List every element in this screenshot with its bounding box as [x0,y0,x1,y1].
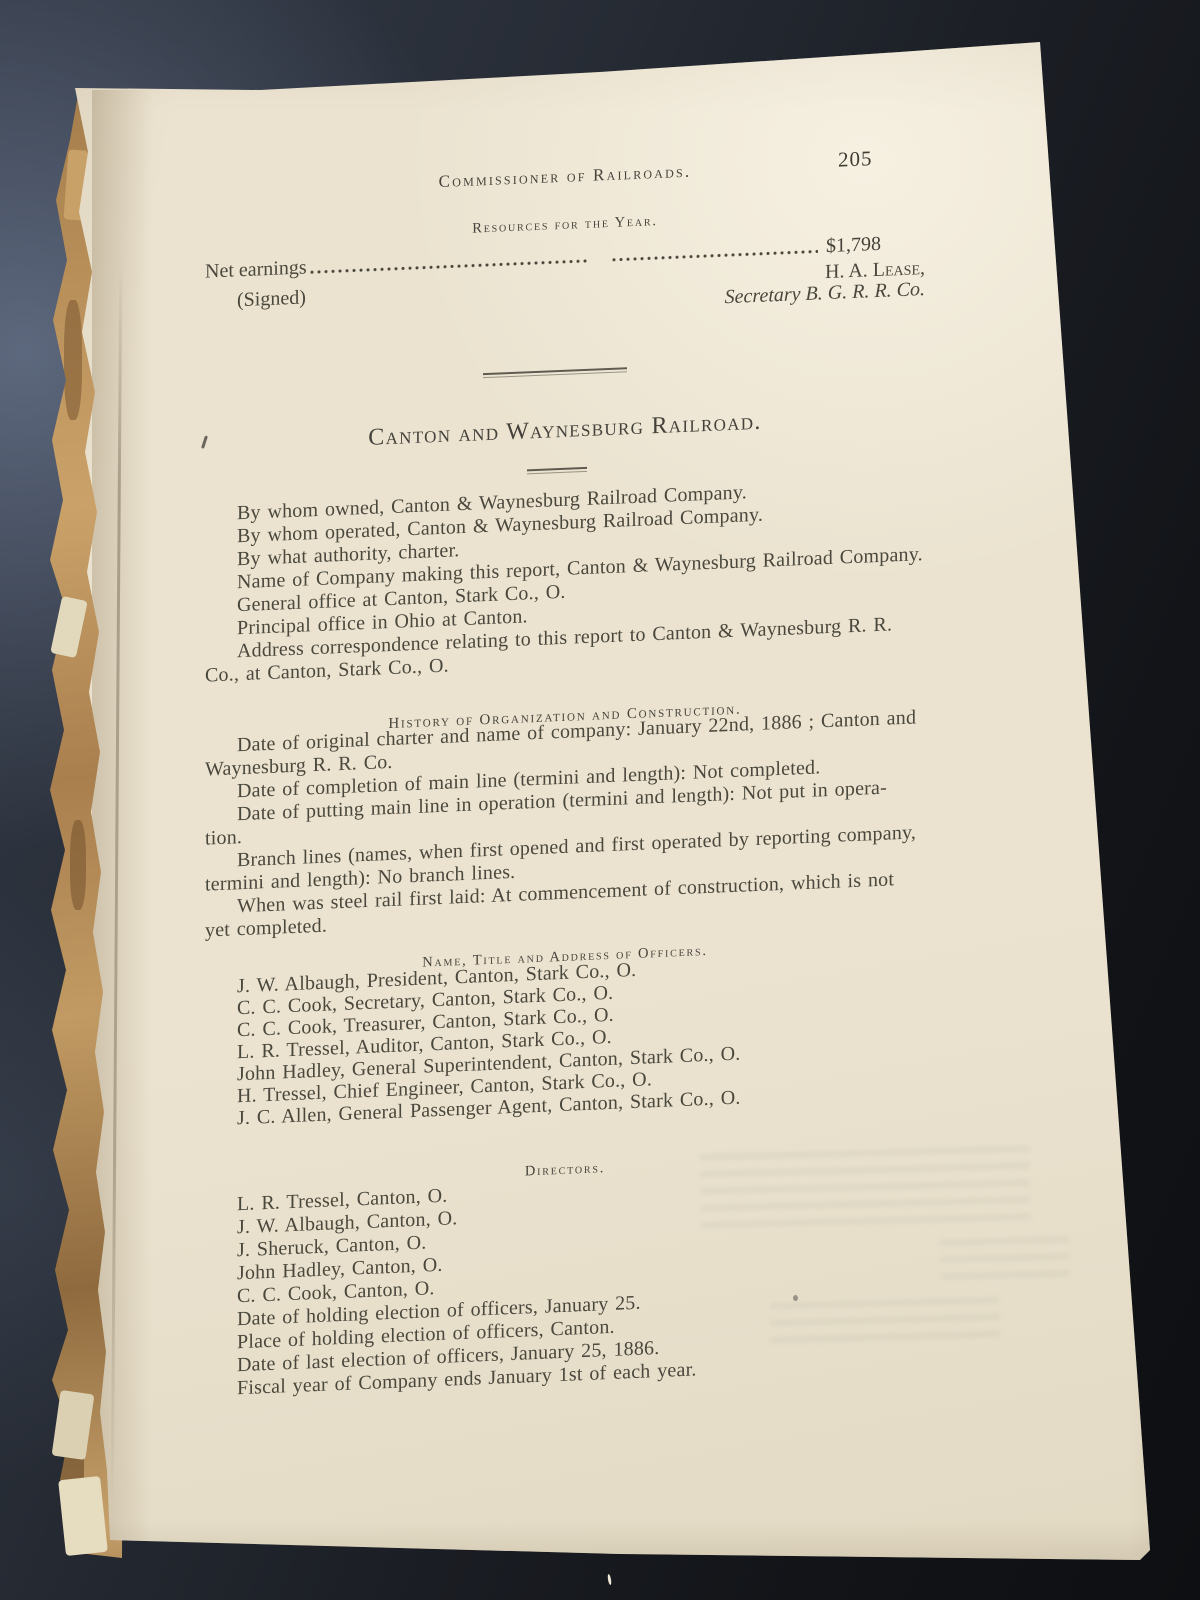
net-earnings-amount: $1,798 [826,233,881,258]
torn-edge-dark-patch [70,820,86,910]
paper-page: Commissioner of Railroads. 205 Resources… [0,0,1200,1600]
signed-label: (Signed) [237,286,306,312]
dust-scratch [607,1574,612,1585]
history-block: Date of original charter and name of com… [205,706,925,943]
torn-paper-tab [58,1476,108,1556]
printed-content: Commissioner of Railroads. 205 Resources… [0,0,1200,1600]
page-number: 205 [838,146,873,172]
torn-edge-dark-patch [64,300,82,420]
general-info-block: By whom owned, Canton & Waynesburg Railr… [205,474,925,688]
officers-block: J. W. Albaugh, President, Canton, Stark … [205,947,925,1131]
photo-background: { "photo": { "background_color": "#1a1d2… [0,0,1200,1600]
report-title: Canton and Waynesburg Railroad. [205,402,925,459]
directors-block: L. R. Tressel, Canton, O. J. W. Albaugh,… [205,1165,925,1402]
running-head: Commissioner of Railroads. [205,152,925,202]
separator-rule [483,367,627,378]
net-earnings-label: Net earnings [205,256,307,283]
separator-rule [527,467,587,474]
